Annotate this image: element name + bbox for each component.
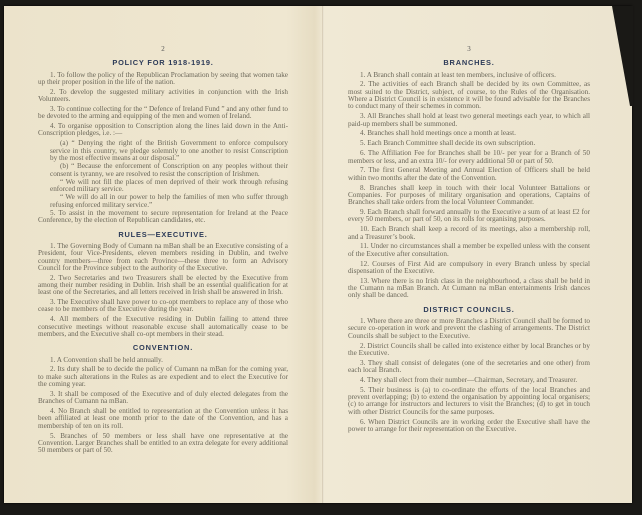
- paragraph: 4. All members of the Executive residing…: [38, 316, 288, 338]
- section-heading-district-councils: DISTRICT COUNCILS.: [348, 306, 590, 313]
- page-fold: [322, 6, 324, 503]
- right-page: 3 BRANCHES. 1. A Branch shall contain at…: [348, 46, 590, 436]
- section-heading-branches: BRANCHES.: [348, 59, 590, 66]
- paragraph: 12. Courses of First Aid are compulsory …: [348, 261, 590, 276]
- pledge-quote: “ We will do all in our power to help th…: [38, 194, 288, 209]
- paragraph: 9. Each Branch shall forward annually to…: [348, 209, 590, 224]
- paragraph: 6. When District Councils are in working…: [348, 419, 590, 434]
- paragraph: 1. The Governing Body of Cumann na mBan …: [38, 243, 288, 272]
- paragraph: 3. They shall consist of delegates (one …: [348, 360, 590, 375]
- paragraph: 3. It shall be composed of the Executive…: [38, 391, 288, 406]
- paragraph: 2. District Councils shall be called int…: [348, 343, 590, 358]
- pledge-quote: (b) “ Because the enforcement of Conscri…: [38, 163, 288, 178]
- paragraph: 2. The activities of each Branch shall b…: [348, 81, 590, 110]
- paragraph: 4. To organise opposition to Conscriptio…: [38, 123, 288, 138]
- paragraph: 3. The Executive shall have power to co-…: [38, 299, 288, 314]
- page-number: 2: [38, 46, 288, 53]
- paragraph: 1. To follow the policy of the Republica…: [38, 72, 288, 87]
- paragraph: 1. Where there are three or more Branche…: [348, 318, 590, 340]
- paragraph: 4. Branches shall hold meetings once a m…: [348, 130, 590, 137]
- paragraph: 2. To develop the suggested military act…: [38, 89, 288, 104]
- pledge-quote: (a) “ Denying the right of the British G…: [38, 140, 288, 162]
- paragraph: 5. Their business is (a) to co-ordinate …: [348, 387, 590, 416]
- paragraph: 1. A Convention shall be held annually.: [38, 357, 288, 364]
- paragraph: 10. Each Branch shall keep a record of i…: [348, 226, 590, 241]
- paragraph: 5. To assist in the movement to secure r…: [38, 210, 288, 225]
- left-page: 2 POLICY FOR 1918-1919. 1. To follow the…: [38, 46, 288, 457]
- paragraph: 6. The Affiliation Fee for Branches shal…: [348, 150, 590, 165]
- section-heading-policy: POLICY FOR 1918-1919.: [38, 59, 288, 66]
- torn-corner: [603, 6, 633, 106]
- paragraph: 4. No Branch shall be entitled to repres…: [38, 408, 288, 430]
- paragraph: 5. Branches of 50 members or less shall …: [38, 433, 288, 455]
- paragraph: 1. A Branch shall contain at least ten m…: [348, 72, 590, 79]
- section-heading-convention: CONVENTION.: [38, 344, 288, 351]
- section-heading-rules-executive: RULES—EXECUTIVE.: [38, 231, 288, 238]
- paragraph: 5. Each Branch Committee shall decide it…: [348, 140, 590, 147]
- page-number: 3: [348, 46, 590, 53]
- paragraph: 11. Under no circumstances shall a membe…: [348, 243, 590, 258]
- paragraph: 2. Its duty shall be to decide the polic…: [38, 366, 288, 388]
- paragraph: 2. Two Secretaries and two Treasurers sh…: [38, 275, 288, 297]
- paragraph: 13. Where there is no Irish class in the…: [348, 278, 590, 300]
- document-sheet: 2 POLICY FOR 1918-1919. 1. To follow the…: [4, 6, 632, 503]
- paragraph: 3. To continue collecting for the “ Defe…: [38, 106, 288, 121]
- paragraph: 3. All Branches shall hold at least two …: [348, 113, 590, 128]
- paragraph: 8. Branches shall keep in touch with the…: [348, 185, 590, 207]
- pledge-quote: “ We will not fill the places of men dep…: [38, 179, 288, 194]
- paragraph: 7. The first General Meeting and Annual …: [348, 167, 590, 182]
- paragraph: 4. They shall elect from their number—Ch…: [348, 377, 590, 384]
